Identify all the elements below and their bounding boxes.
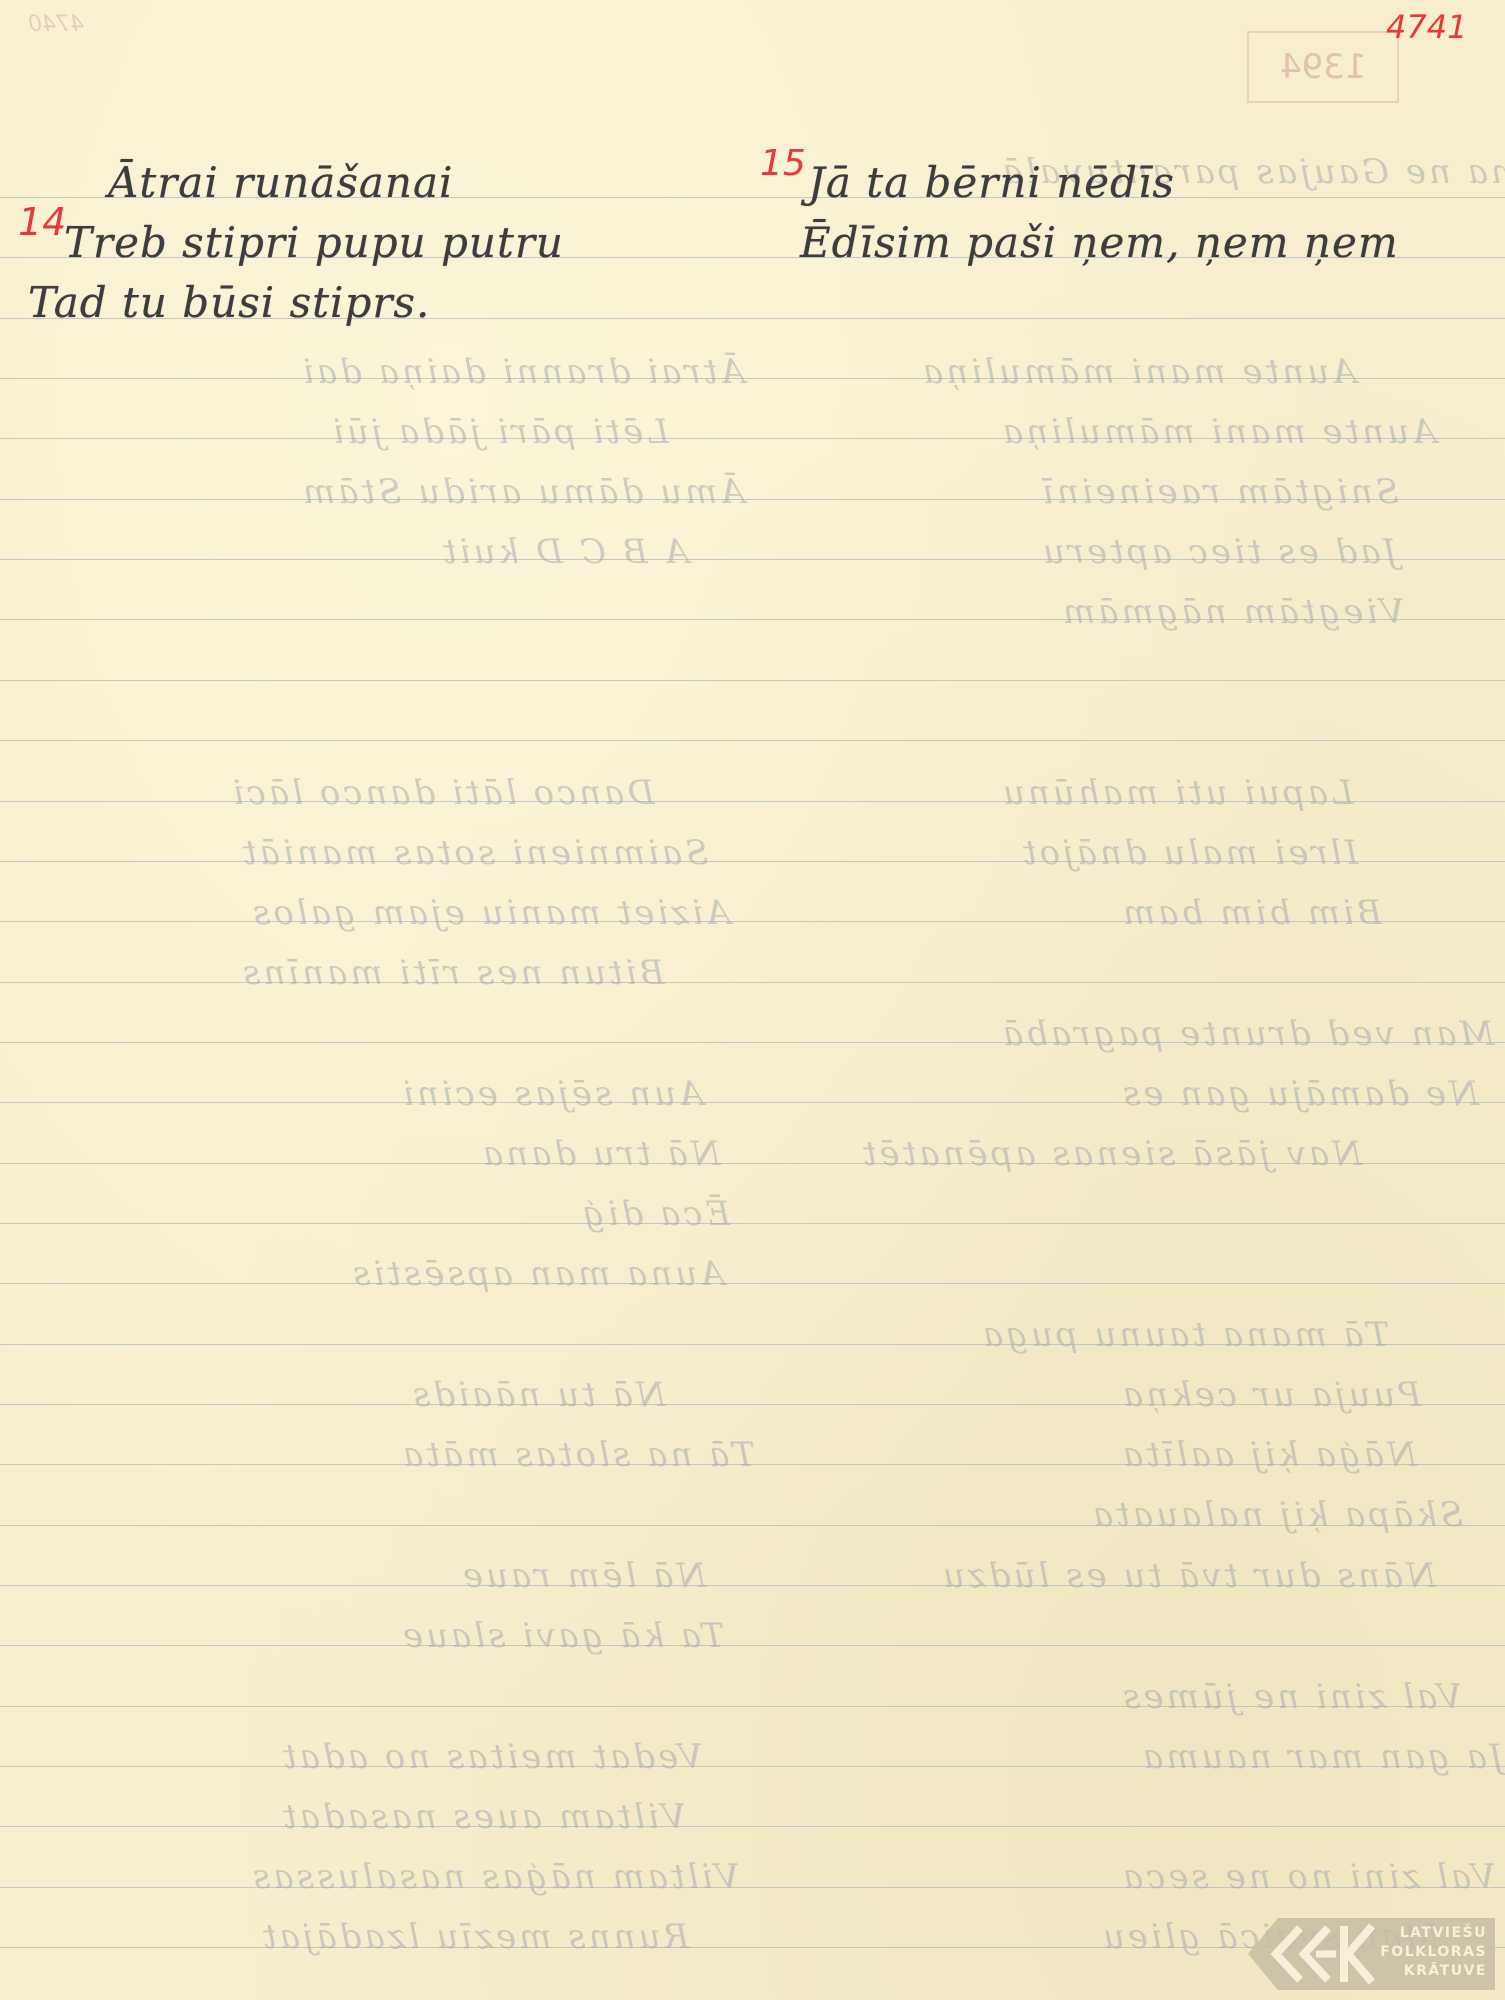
logo-line: KRĀTUVE — [1380, 1962, 1487, 1981]
bleed-line: Vedat meitas no adat — [280, 1737, 703, 1777]
ruled-line — [0, 982, 1505, 983]
bleed-line: Aunte mani māmuliņa — [1000, 412, 1437, 452]
logo-line: LATVIEŠU — [1380, 1924, 1487, 1943]
logo-line: FOLKLORAS — [1380, 1943, 1487, 1962]
ruled-line — [0, 1645, 1505, 1646]
ruled-line — [0, 1283, 1505, 1284]
bleed-line: Danco lāti danco lāci — [230, 773, 655, 813]
bleed-line: Ta kā gavi slaue — [400, 1616, 724, 1656]
bleed-line: Nāģa ķij aalīta — [1120, 1435, 1417, 1475]
bleed-line: Aunte mani māmuliņa — [920, 352, 1357, 392]
bleed-line: Skāpa ķij nalauata — [1090, 1495, 1463, 1535]
bleed-line: Ātrai dranni daiņa dai — [300, 352, 745, 392]
bleed-line: Auna man apsēstis — [350, 1254, 725, 1294]
bleed-line: Lapui uti mahūnu — [1000, 773, 1354, 813]
bleed-line: Runns mezīu lzadājat — [260, 1917, 689, 1957]
bleed-line: Nā tu nāaids — [410, 1375, 666, 1415]
bleed-line: Val zini no ne seca — [1120, 1857, 1496, 1897]
entry-line: Ēdīsim paši ņem, ņem ņem — [800, 218, 1399, 267]
bleed-line: Man ved drunte pagrabā — [1000, 1014, 1494, 1054]
bleed-line: Ja gan mar nauma — [1140, 1737, 1504, 1777]
faint-page-number: 4740 — [28, 12, 84, 37]
page-number: 4741 — [1386, 8, 1467, 46]
bleed-line: Aiziet maniu ejam galos — [250, 893, 731, 933]
bleed-line: Bitun nes rīti manīns — [240, 953, 665, 993]
ruled-line — [0, 1223, 1505, 1224]
archive-stamp: 1394 — [1247, 31, 1399, 103]
bleed-line: Nāns dur tvā tu es lūdzu — [940, 1556, 1436, 1596]
bleed-line: Snigtām raeineinī — [1040, 472, 1399, 512]
bleed-line: Āmu dāmu aridu Stām — [300, 472, 745, 512]
bleed-line: Puuja ur cekņa — [1120, 1375, 1421, 1415]
ruled-line — [0, 740, 1505, 741]
bleed-line: Ēca diģ — [580, 1194, 730, 1234]
archive-watermark-logo: LATVIEŠU FOLKLORAS KRĀTUVE — [1248, 1918, 1495, 1990]
bleed-line: Tā na slotas māta — [400, 1435, 755, 1475]
bleed-line: Aun sējas ecini — [400, 1074, 704, 1114]
ruled-line — [0, 1826, 1505, 1827]
bleed-line: Tā mana taunu puga — [980, 1315, 1389, 1355]
entry-number: 14 — [18, 200, 66, 244]
bleed-line: Ilrei malu dnājot — [1020, 833, 1358, 873]
entry-line: Tad tu būsi stiprs. — [28, 278, 430, 327]
entry-line: Ātrai runāšanai — [108, 158, 453, 207]
bleed-line: Bim bim bam — [1120, 893, 1382, 933]
bleed-line: Lēti pāri jāda jūi — [330, 412, 669, 452]
ruled-line — [0, 680, 1505, 681]
manuscript-page: 4740 1394 4741 Ātrai dranni daiņa dai Lē… — [0, 0, 1505, 2000]
bleed-line: Nav jāsā sienas apēnatēt — [860, 1134, 1362, 1174]
bleed-line: Nā tru dana — [480, 1134, 721, 1174]
bleed-line: Viegtām nāgmām — [1060, 592, 1404, 632]
entry-line: Jā ta bērni nēdīs — [808, 158, 1175, 207]
bleed-line: Viltam aues nasadat — [280, 1797, 686, 1837]
stamp-number: 1394 — [1280, 47, 1367, 87]
bleed-line: Jad es tiec apteru — [1040, 532, 1397, 572]
entry-number: 15 — [760, 143, 806, 184]
bleed-line: Saimnieni sotas maniāt — [240, 833, 708, 873]
entry-line: Treb stipri pupu putru — [64, 218, 564, 267]
bleed-line: A B C D kuit — [440, 532, 689, 572]
bleed-line: Ne damāju gan es — [1120, 1074, 1479, 1114]
bleed-line: Viltam nāģas nasalussas — [250, 1857, 739, 1897]
bleed-line: Nā lēm raue — [460, 1556, 706, 1596]
bleed-line: Val zini ne jūmes — [1120, 1677, 1462, 1717]
logo-text: LATVIEŠU FOLKLORAS KRĀTUVE — [1380, 1924, 1487, 1981]
